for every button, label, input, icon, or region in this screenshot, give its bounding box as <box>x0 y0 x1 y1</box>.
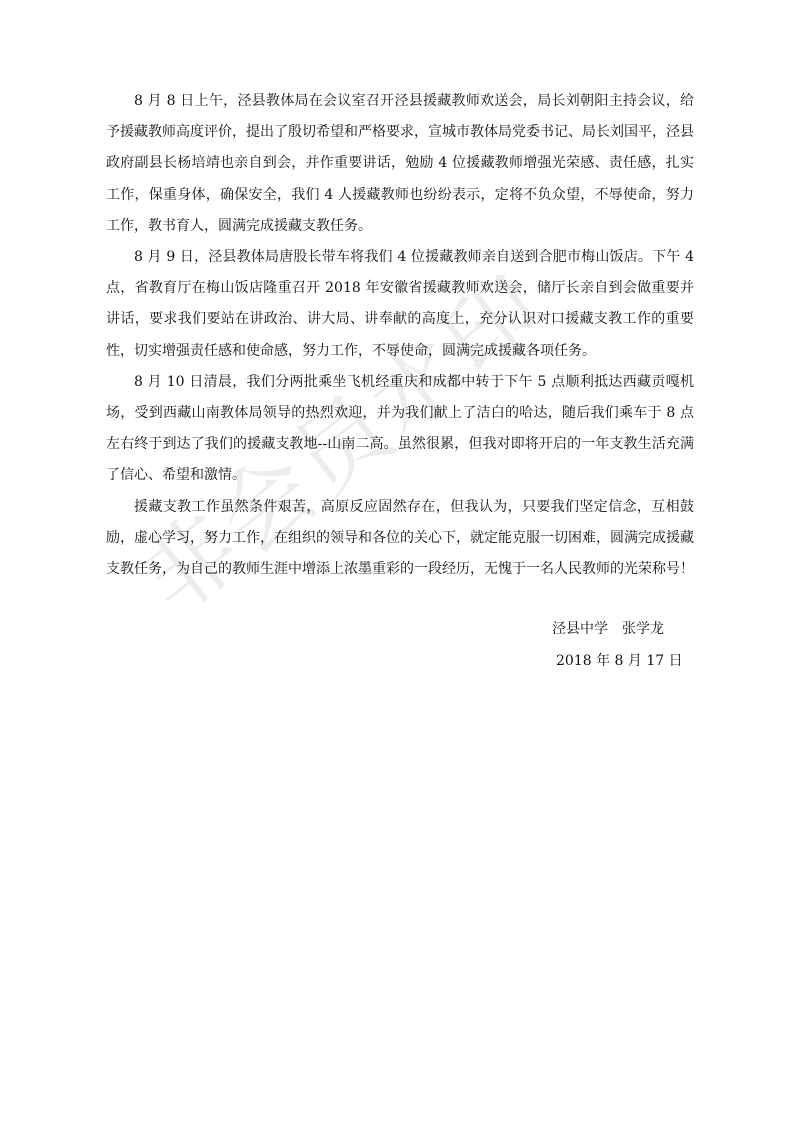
document-body: 8 月 8 日上午，泾县教体局在会议室召开泾县援藏教师欢送会，局长刘朝阳主持会议… <box>106 86 694 585</box>
paragraph-1: 8 月 8 日上午，泾县教体局在会议室召开泾县援藏教师欢送会，局长刘朝阳主持会议… <box>106 86 694 242</box>
paragraph-4: 援藏支教工作虽然条件艰苦，高原反应固然存在，但我认为，只要我们坚定信念，互相鼓励… <box>106 492 694 586</box>
signature-author: 泾县中学 张学龙 <box>552 618 664 638</box>
paragraph-3: 8 月 10 日清晨，我们分两批乘坐飞机经重庆和成都中转于下午 5 点顺利抵达西… <box>106 367 694 492</box>
document-page: 8 月 8 日上午，泾县教体局在会议室召开泾县援藏教师欢送会，局长刘朝阳主持会议… <box>0 0 793 1122</box>
paragraph-2: 8 月 9 日，泾县教体局唐股长带车将我们 4 位援藏教师亲自送到合肥市梅山饭店… <box>106 242 694 367</box>
signature-date: 2018 年 8 月 17 日 <box>556 650 683 670</box>
